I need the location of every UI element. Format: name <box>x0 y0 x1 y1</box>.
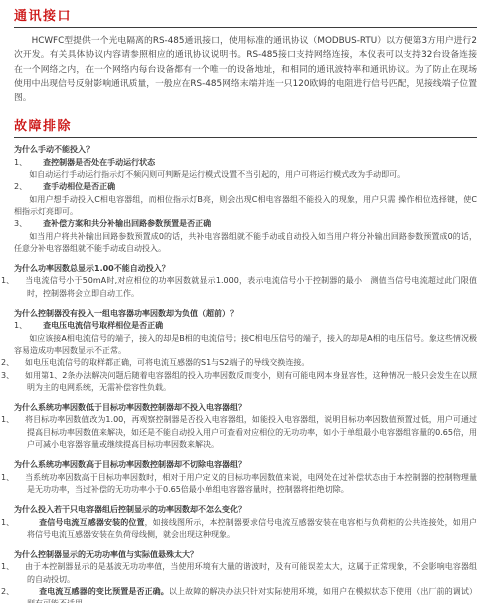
item-heading: 查控制器是否处在手动运行状态 <box>43 158 155 167</box>
item-number: 2、 <box>14 586 25 598</box>
item-number: 1、 <box>14 157 27 169</box>
faq-block: 为什么系统功率因数低于目标功率因数控制器却不投入电容器组？ 1、将目标功率因数值… <box>14 402 477 451</box>
list-item: 1、当电流信号小于50mA时,对应相位的功率因数就显示1.000，表示电流信号小… <box>14 275 477 300</box>
section-title-troubleshooting: 故障排除 <box>14 118 477 137</box>
faq-question: 为什么功率因数总显示1.00不能自动投入？ <box>14 263 477 275</box>
item-body: 如用户想手动投入C相电容器组，而相位指示灯B亮，则会出现C相电容器组不能投入的现… <box>14 194 477 219</box>
item-number: 1、 <box>14 275 25 287</box>
item-heading: 查电压电流信号取样相位是否正确 <box>43 321 163 330</box>
item-text: 将目标功率因数值改为1.00，再观察控制器是否投入电容器组，如能投入电容器组，说… <box>25 415 477 449</box>
list-item: 1、由于本控制器显示的是基波无功功率值，当使用环境有大量的谐波时，及有可能误差太… <box>14 561 477 586</box>
faq-block: 为什么手动不能投入？ 1、查控制器是否处在手动运行状态 如自动运行手动运行指示灯… <box>14 144 477 255</box>
faq-question: 为什么控制器显示的无功功率值与实际值悬殊太大？ <box>14 549 477 561</box>
item-number: 1、 <box>14 414 25 426</box>
item-number: 1、 <box>14 472 25 484</box>
item-number: 3、 <box>14 370 25 382</box>
list-item: 1、查信号电流互感器安装的位置，如接线图所示，本控制器要求信号电流互感器安装在电… <box>14 517 477 542</box>
item-number: 2、 <box>14 357 25 369</box>
item-heading: 查补偿方案和共分补输出回路参数预置是否正确 <box>43 219 211 228</box>
list-item: 2、如电压电流信号的取样都正确，可将电流互感器的S1与S2端子的导线交换连接。 <box>14 357 477 369</box>
faq-question: 为什么控制器没有投入一组电容器功率因数却为负值（超前）？ <box>14 308 477 320</box>
item-number: 3、 <box>14 218 27 230</box>
item-number: 1、 <box>14 517 25 529</box>
item-heading: 查信号电流互感器安装的位置 <box>39 518 145 527</box>
item-heading: 查手动相位是否正确 <box>43 182 115 191</box>
faq-block: 为什么投入若干只电容器组后控制显示的功率因数却不怎么变化？ 1、查信号电流互感器… <box>14 504 477 541</box>
faq-question: 为什么手动不能投入？ <box>14 144 477 156</box>
section-title-communication: 通讯接口 <box>14 8 477 27</box>
faq-question: 为什么系统功率因数低于目标功率因数控制器却不投入电容器组？ <box>14 402 477 414</box>
faq-block: 为什么控制器显示的无功功率值与实际值悬殊太大？ 1、由于本控制器显示的是基波无功… <box>14 549 477 603</box>
communication-paragraph: HCWFC型提供一个光电隔离的RS-485通讯接口，使用标准的通讯协议（MODB… <box>14 34 477 105</box>
list-item: 2、查电流互感器的变比预置是否正确。以上故障的解决办法只针对实际使用环境，如用户… <box>14 586 477 603</box>
item-text: 当电流信号小于50mA时,对应相位的功率因数就显示1.000，表示电流信号小于控… <box>25 276 477 297</box>
list-item: 3、如用第1、2条办法解决问题后随着电容器组的投入功率因数反而变小，则有可能电网… <box>14 370 477 395</box>
list-item-head-line: 3、查补偿方案和共分补输出回路参数预置是否正确 <box>14 218 477 230</box>
item-number: 1、 <box>14 320 27 332</box>
section-troubleshooting: 故障排除 为什么手动不能投入？ 1、查控制器是否处在手动运行状态 如自动运行手动… <box>14 118 477 603</box>
item-text: 由于本控制器显示的是基波无功功率值，当使用环境有大量的谐波时，及有可能误差太大，… <box>25 562 477 583</box>
list-item-head-line: 2、查手动相位是否正确 <box>14 181 477 193</box>
list-item: 1、当系统功率因数高于目标功率因数时，相对于用户定义的目标功率因数值来说，电网处… <box>14 472 477 497</box>
faq-block: 为什么功率因数总显示1.00不能自动投入？ 1、当电流信号小于50mA时,对应相… <box>14 263 477 300</box>
faq-question: 为什么投入若干只电容器组后控制显示的功率因数却不怎么变化？ <box>14 504 477 516</box>
section-divider <box>14 27 477 28</box>
item-heading: 查电流互感器的变比预置是否正确。 <box>39 587 169 596</box>
list-item: 1、将目标功率因数值改为1.00，再观察控制器是否投入电容器组，如能投入电容器组… <box>14 414 477 451</box>
section-communication-interface: 通讯接口 HCWFC型提供一个光电隔离的RS-485通讯接口，使用标准的通讯协议… <box>14 8 477 105</box>
item-body: 如当用户将共补输出回路参数预置成0的话，共补电容器组就不能手动或自动投入如当用户… <box>14 231 477 256</box>
item-body: 如自动运行手动运行指示灯不频闪则可判断是运行模式设置不当引起的，用户可将运行模式… <box>14 169 477 181</box>
faq-question: 为什么系统功率因数高于目标功率因数控制器却不切除电容器组？ <box>14 459 477 471</box>
item-text: 如用第1、2条办法解决问题后随着电容器组的投入功率因数反而变小，则有可能电网本身… <box>25 371 477 392</box>
faq-block: 为什么系统功率因数高于目标功率因数控制器却不切除电容器组？ 1、当系统功率因数高… <box>14 459 477 496</box>
item-text: 如电压电流信号的取样都正确，可将电流互感器的S1与S2端子的导线交换连接。 <box>25 358 309 367</box>
section-divider <box>14 137 477 138</box>
item-body: 如应该接A相电流信号的端子，接入的却是B相的电流信号；接C相电压信号的端子，接入… <box>14 333 477 358</box>
manual-page: 通讯接口 HCWFC型提供一个光电隔离的RS-485通讯接口，使用标准的通讯协议… <box>0 0 492 603</box>
list-item-head-line: 1、查电压电流信号取样相位是否正确 <box>14 320 477 332</box>
list-item-head-line: 1、查控制器是否处在手动运行状态 <box>14 157 477 169</box>
item-number: 1、 <box>14 561 25 573</box>
faq-block: 为什么控制器没有投入一组电容器功率因数却为负值（超前）？ 1、查电压电流信号取样… <box>14 308 477 394</box>
item-text: 当系统功率因数高于目标功率因数时，相对于用户定义的目标功率因数值来说，电网处在过… <box>25 473 477 494</box>
item-number: 2、 <box>14 181 27 193</box>
